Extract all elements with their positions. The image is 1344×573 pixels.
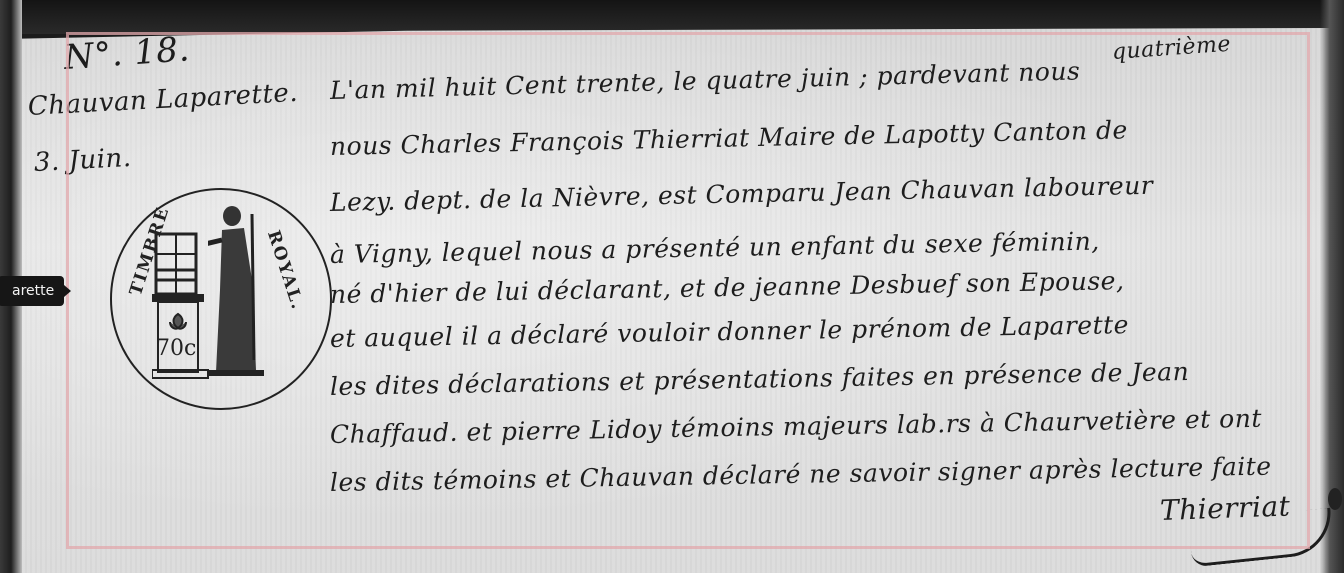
tooltip-text: arette [12, 283, 54, 299]
page-right-edge [1320, 0, 1344, 573]
document-viewer: N°. 18. Chauvan Laparette. 3. Juin. quat… [0, 0, 1344, 573]
record-selection-box[interactable] [66, 32, 1310, 549]
name-tooltip: arette [0, 276, 64, 306]
